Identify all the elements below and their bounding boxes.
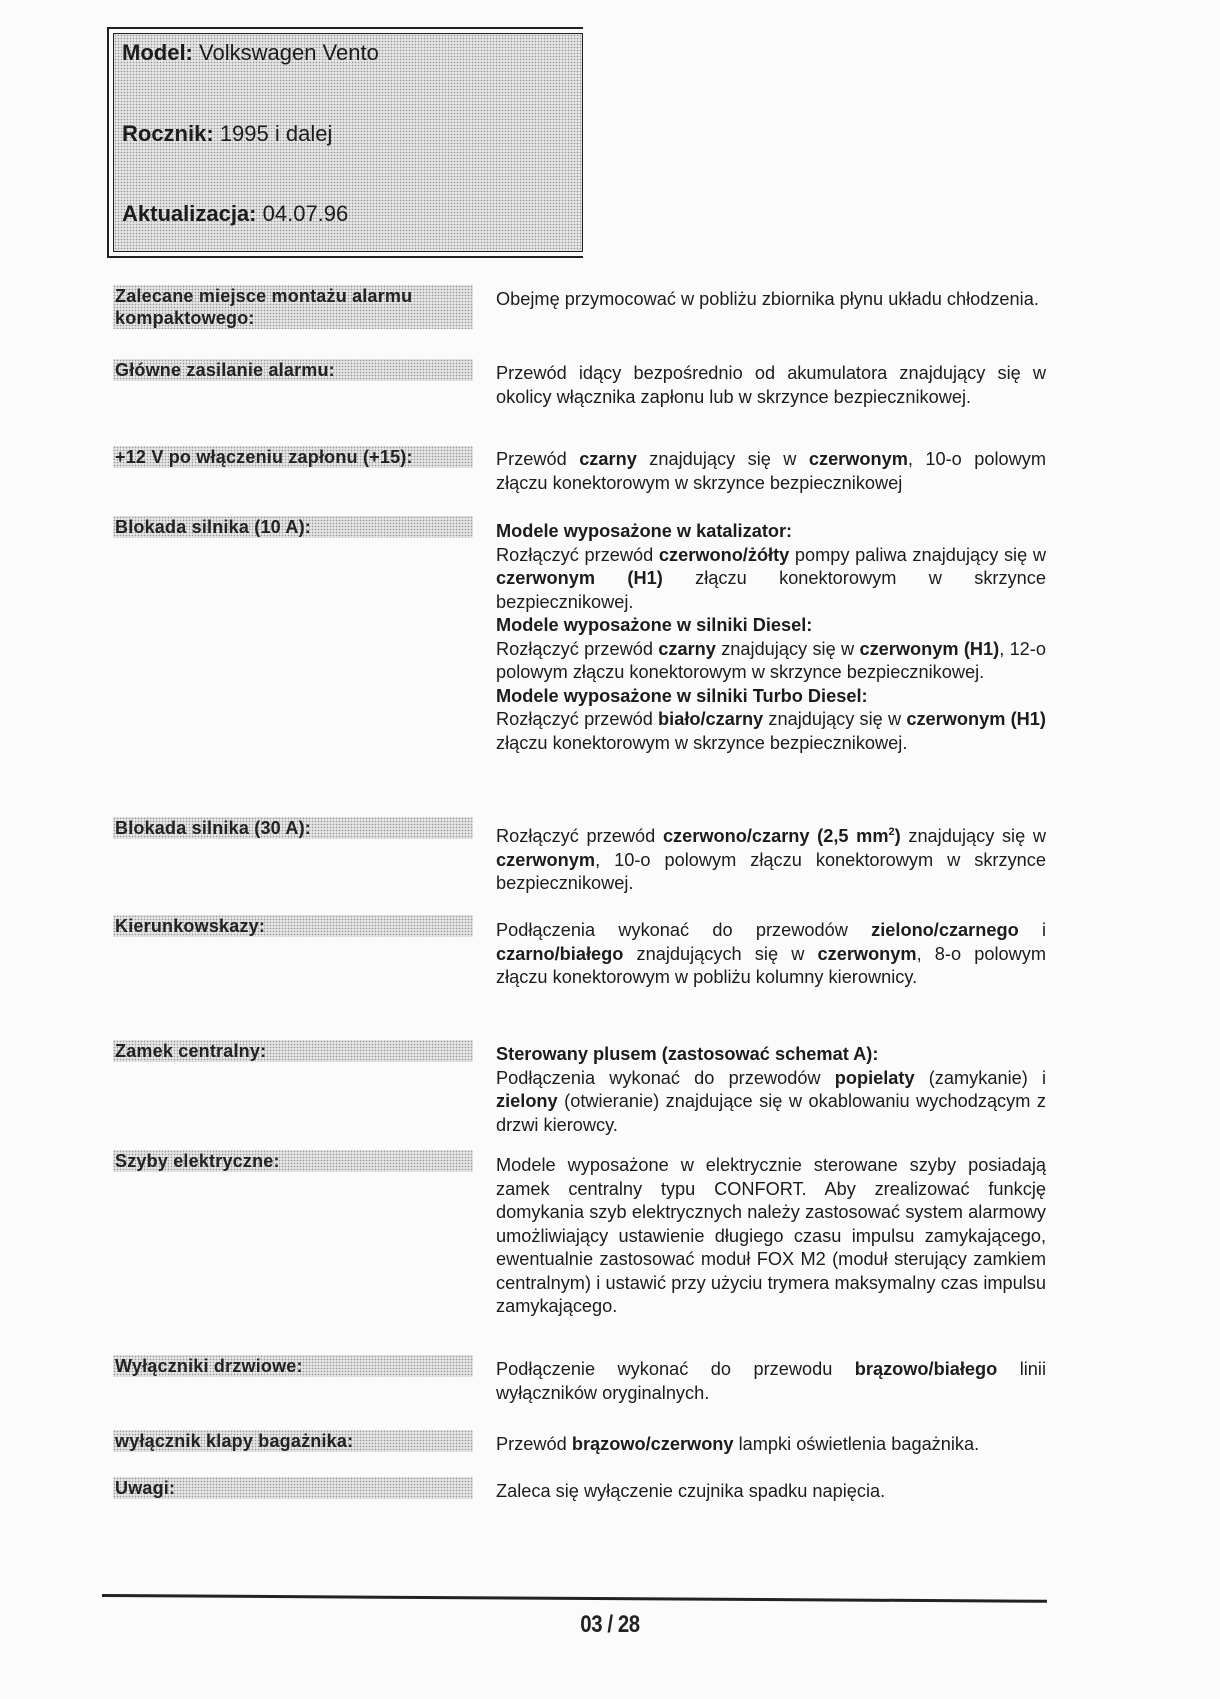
- value-paragraph: Przewód brązowo/czerwony lampki oświetle…: [496, 1433, 1046, 1457]
- value-paragraph: Rozłączyć przewód czerwono/czarny (2,5 m…: [496, 821, 1046, 896]
- value-power-windows: Modele wyposażone w elektrycznie sterowa…: [496, 1154, 1046, 1319]
- year-label: Rocznik:: [122, 121, 214, 146]
- label-ignition-12v: +12 V po włączeniu zapłonu (+15):: [113, 446, 473, 468]
- label-engine-block-30a: Blokada silnika (30 A):: [113, 817, 473, 839]
- update-value: 04.07.96: [263, 201, 349, 226]
- value-engine-block-30a: Rozłączyć przewód czerwono/czarny (2,5 m…: [496, 821, 1046, 896]
- value-paragraph: Podłączenie wykonać do przewodu brązowo/…: [496, 1358, 1046, 1405]
- value-paragraph: Modele wyposażone w silniki Turbo Diesel…: [496, 685, 1046, 709]
- year-value: 1995 i dalej: [220, 121, 333, 146]
- value-central-lock: Sterowany plusem (zastosować schemat A):…: [496, 1043, 1046, 1137]
- value-paragraph: Modele wyposażone w silniki Diesel:: [496, 614, 1046, 638]
- value-paragraph: Rozłączyć przewód biało/czarny znajdując…: [496, 708, 1046, 755]
- year-line: Rocznik: 1995 i dalej: [122, 121, 332, 147]
- model-line: Model: Volkswagen Vento: [122, 40, 379, 66]
- value-notes: Zaleca się wyłączenie czujnika spadku na…: [496, 1480, 1046, 1504]
- value-ignition-12v: Przewód czarny znajdujący się w czerwony…: [496, 448, 1046, 495]
- update-line: Aktualizacja: 04.07.96: [122, 201, 348, 227]
- model-value: Volkswagen Vento: [199, 40, 379, 65]
- vehicle-info-box: Model: Volkswagen Vento Rocznik: 1995 i …: [107, 27, 583, 258]
- vehicle-info-box-inner: Model: Volkswagen Vento Rocznik: 1995 i …: [113, 33, 583, 252]
- value-paragraph: Zaleca się wyłączenie czujnika spadku na…: [496, 1480, 1046, 1504]
- footer-divider: [102, 1594, 1047, 1603]
- model-label: Model:: [122, 40, 193, 65]
- label-engine-block-10a: Blokada silnika (10 A):: [113, 516, 473, 538]
- value-paragraph: Sterowany plusem (zastosować schemat A):: [496, 1043, 1046, 1067]
- value-turn-signals: Podłączenia wykonać do przewodów zielono…: [496, 919, 1046, 990]
- value-door-switches: Podłączenie wykonać do przewodu brązowo/…: [496, 1358, 1046, 1405]
- value-paragraph: Podłączenia wykonać do przewodów popiela…: [496, 1067, 1046, 1138]
- value-paragraph: Podłączenia wykonać do przewodów zielono…: [496, 919, 1046, 990]
- label-mounting-location: Zalecane miejsce montażu alarmu kompakto…: [113, 285, 473, 329]
- label-main-power: Główne zasilanie alarmu:: [113, 359, 473, 381]
- value-paragraph: Przewód czarny znajdujący się w czerwony…: [496, 448, 1046, 495]
- page-number: 03 / 28: [92, 1611, 1129, 1639]
- value-trunk-switch: Przewód brązowo/czerwony lampki oświetle…: [496, 1433, 1046, 1457]
- label-door-switches: Wyłączniki drzwiowe:: [113, 1355, 473, 1377]
- value-paragraph: Przewód idący bezpośrednio od akumulator…: [496, 362, 1046, 409]
- label-notes: Uwagi:: [113, 1477, 473, 1499]
- value-paragraph: Obejmę przymocować w pobliżu zbiornika p…: [496, 288, 1046, 312]
- label-trunk-switch: wyłącznik klapy bagażnika:: [113, 1430, 473, 1452]
- label-turn-signals: Kierunkowskazy:: [113, 915, 473, 937]
- value-paragraph: Modele wyposażone w elektrycznie sterowa…: [496, 1154, 1046, 1319]
- value-main-power: Przewód idący bezpośrednio od akumulator…: [496, 362, 1046, 409]
- value-mounting-location: Obejmę przymocować w pobliżu zbiornika p…: [496, 288, 1046, 312]
- value-paragraph: Rozłączyć przewód czerwono/żółty pompy p…: [496, 544, 1046, 615]
- value-paragraph: Rozłączyć przewód czarny znajdujący się …: [496, 638, 1046, 685]
- label-power-windows: Szyby elektryczne:: [113, 1150, 473, 1172]
- label-central-lock: Zamek centralny:: [113, 1040, 473, 1062]
- value-paragraph: Modele wyposażone w katalizator:: [496, 520, 1046, 544]
- value-engine-block-10a: Modele wyposażone w katalizator:Rozłączy…: [496, 520, 1046, 755]
- update-label: Aktualizacja:: [122, 201, 257, 226]
